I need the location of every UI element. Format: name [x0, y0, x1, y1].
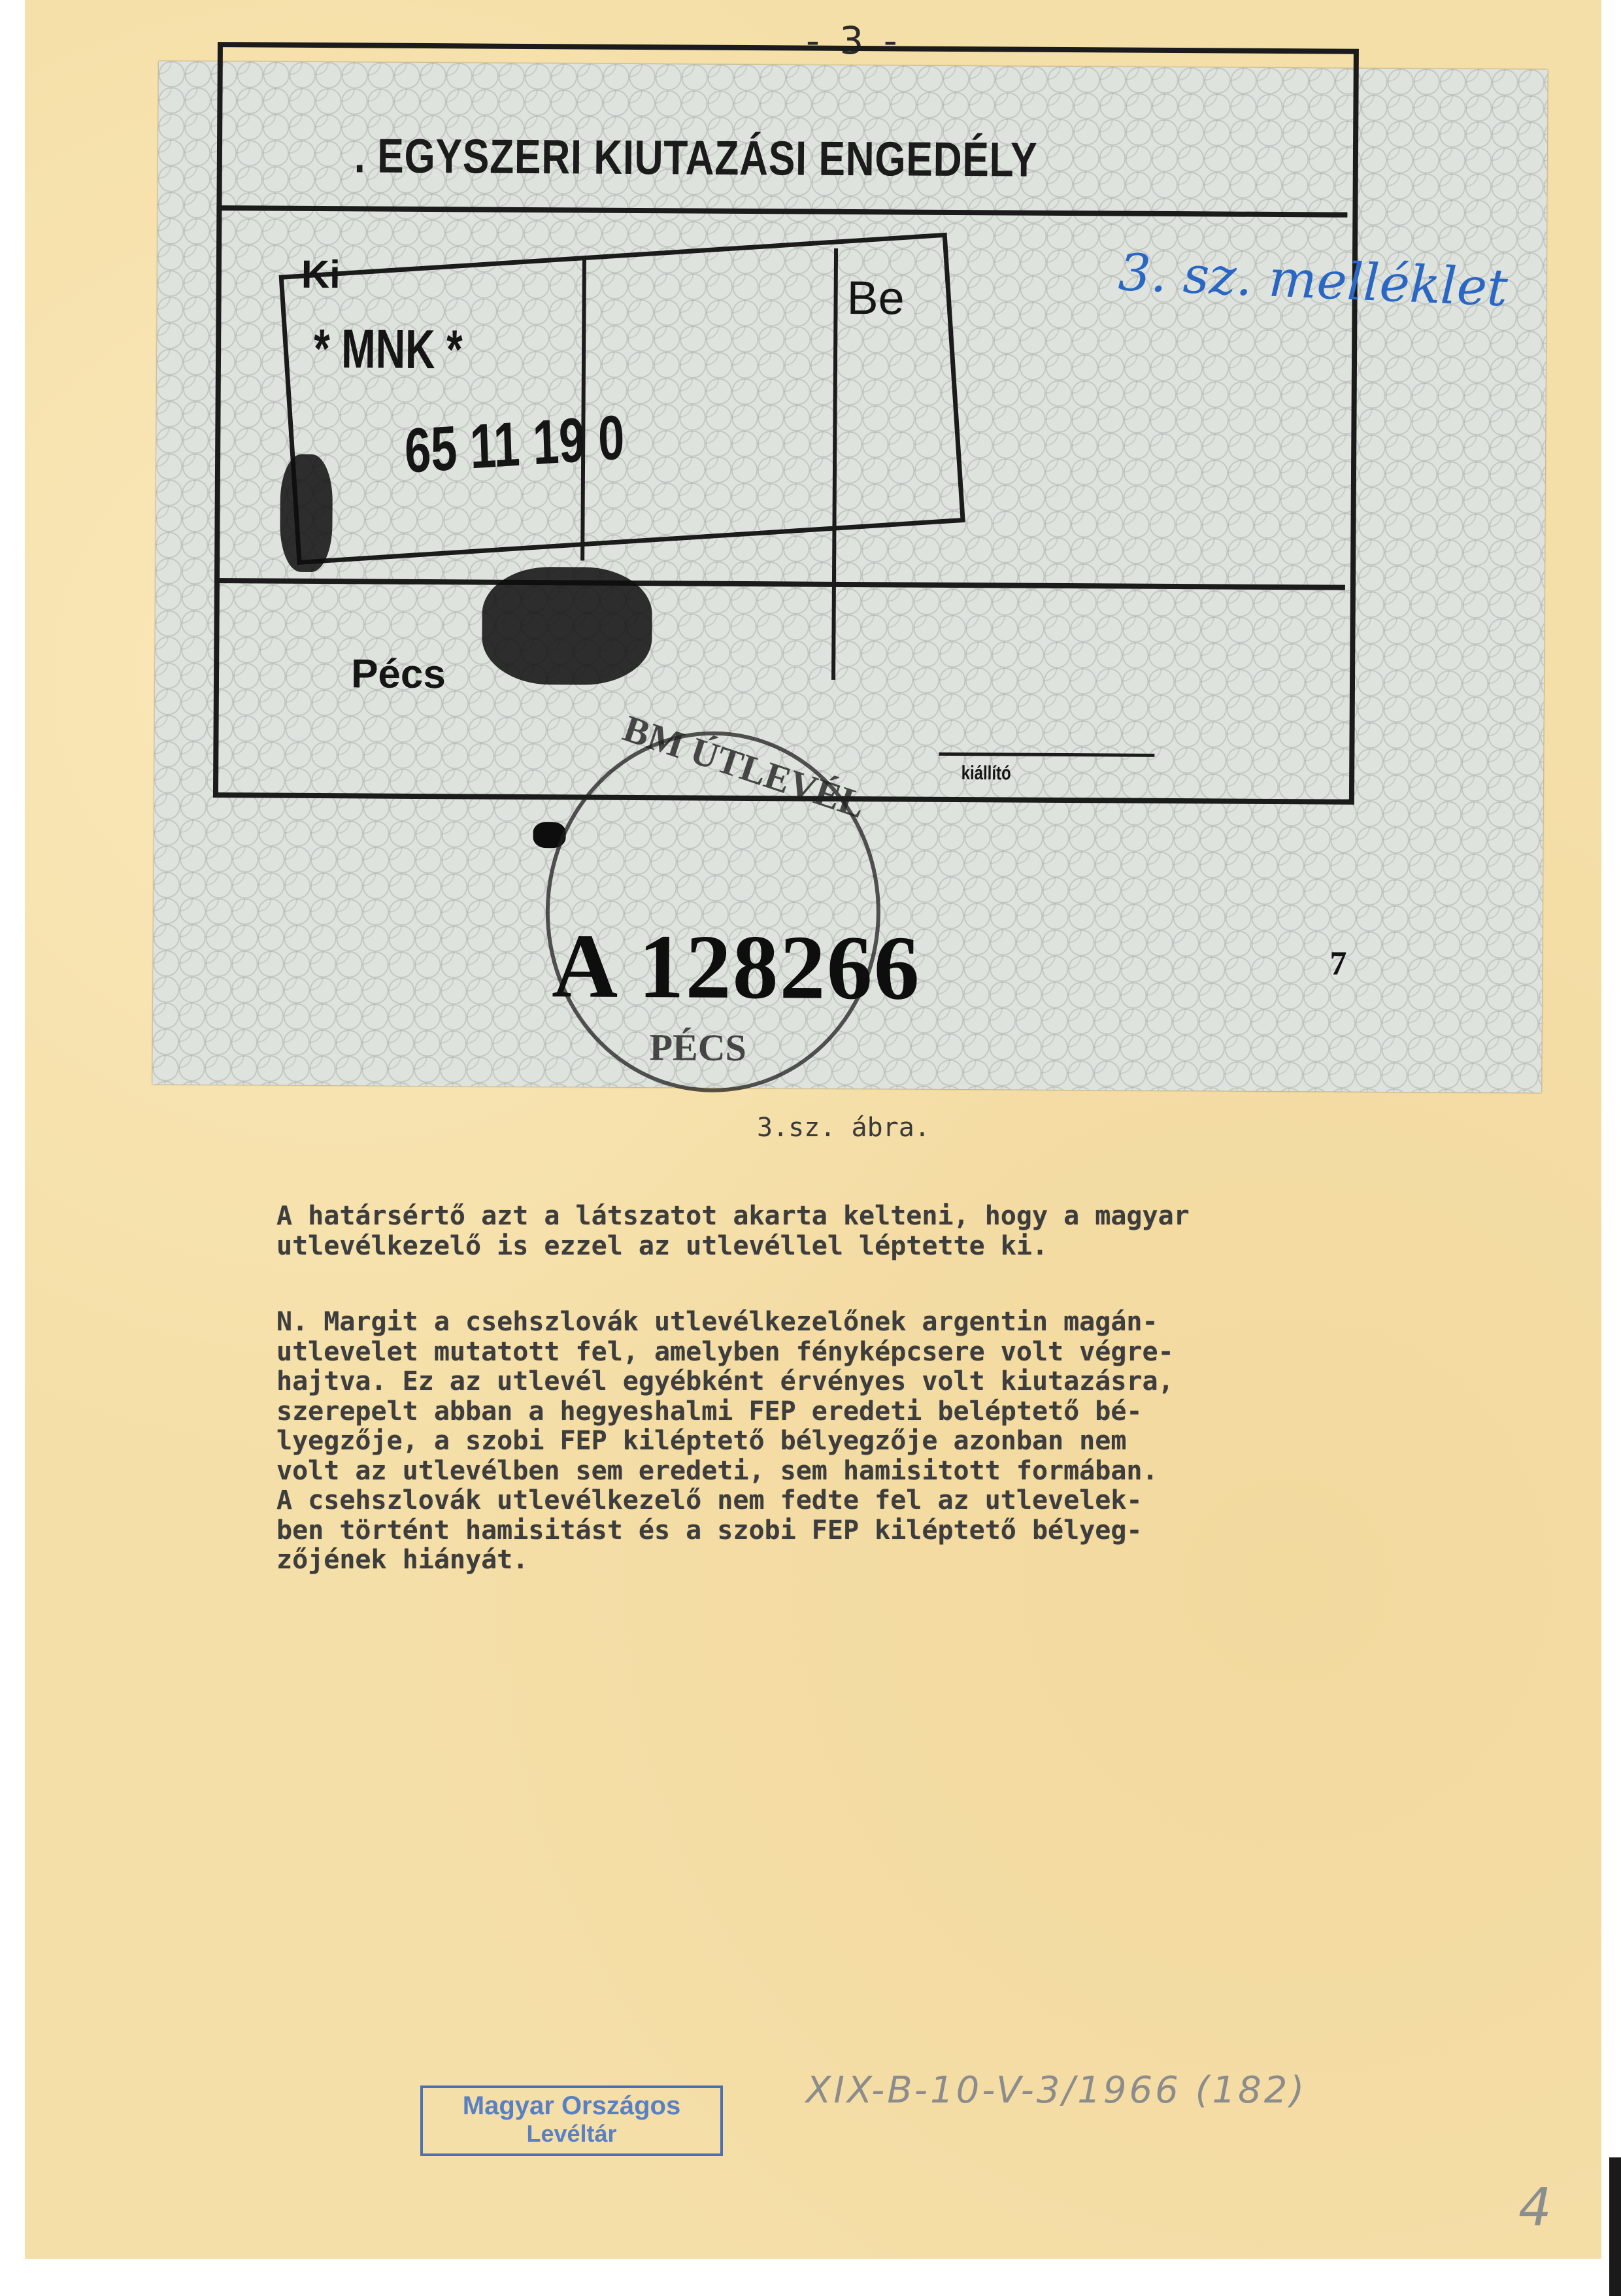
stamp-city: Pécs: [351, 650, 446, 698]
stamp-issuer-label: kiállító: [961, 762, 1011, 785]
document-page: - 3 - . EGYSZERI KIUTAZÁSI ENGEDÉLY Ki *…: [25, 0, 1601, 2259]
archive-reference: XIX-B-10-V-3/1966 (182): [806, 2069, 1307, 2112]
passport-page-number: 7: [1329, 944, 1346, 983]
archive-stamp-line1: Magyar Országos: [423, 2091, 720, 2121]
archive-stamp-line2: Levéltár: [423, 2121, 720, 2147]
stamp-date: 65 11 19 0: [403, 401, 626, 487]
scanner-edge: [1609, 2157, 1621, 2296]
permit-stamp-title: . EGYSZERI KIUTAZÁSI ENGEDÉLY: [354, 127, 1038, 187]
round-stamp-bottom-text: PÉCS: [649, 1025, 746, 1070]
stamp-country: * MNK *: [314, 317, 463, 381]
stamp-entry-label: Be: [846, 271, 905, 326]
figure-caption: 3.sz. ábra.: [757, 1113, 930, 1143]
paragraph-1: A határsértő azt a látszatot akarta kelt…: [276, 1202, 1453, 1261]
archive-stamp: Magyar Országos Levéltár: [420, 2085, 723, 2156]
paragraph-2: N. Margit a csehszlovák utlevélkezelőnek…: [276, 1308, 1453, 1576]
folio-number: 4: [1518, 2177, 1552, 2238]
stamp-exit-label: Ki: [301, 252, 341, 297]
passport-number: A 128266: [552, 913, 921, 1021]
ink-smudge: [280, 454, 333, 572]
ink-smudge: [482, 567, 652, 686]
passport-photo-figure: . EGYSZERI KIUTAZÁSI ENGEDÉLY Ki * MNK *…: [152, 61, 1548, 1093]
